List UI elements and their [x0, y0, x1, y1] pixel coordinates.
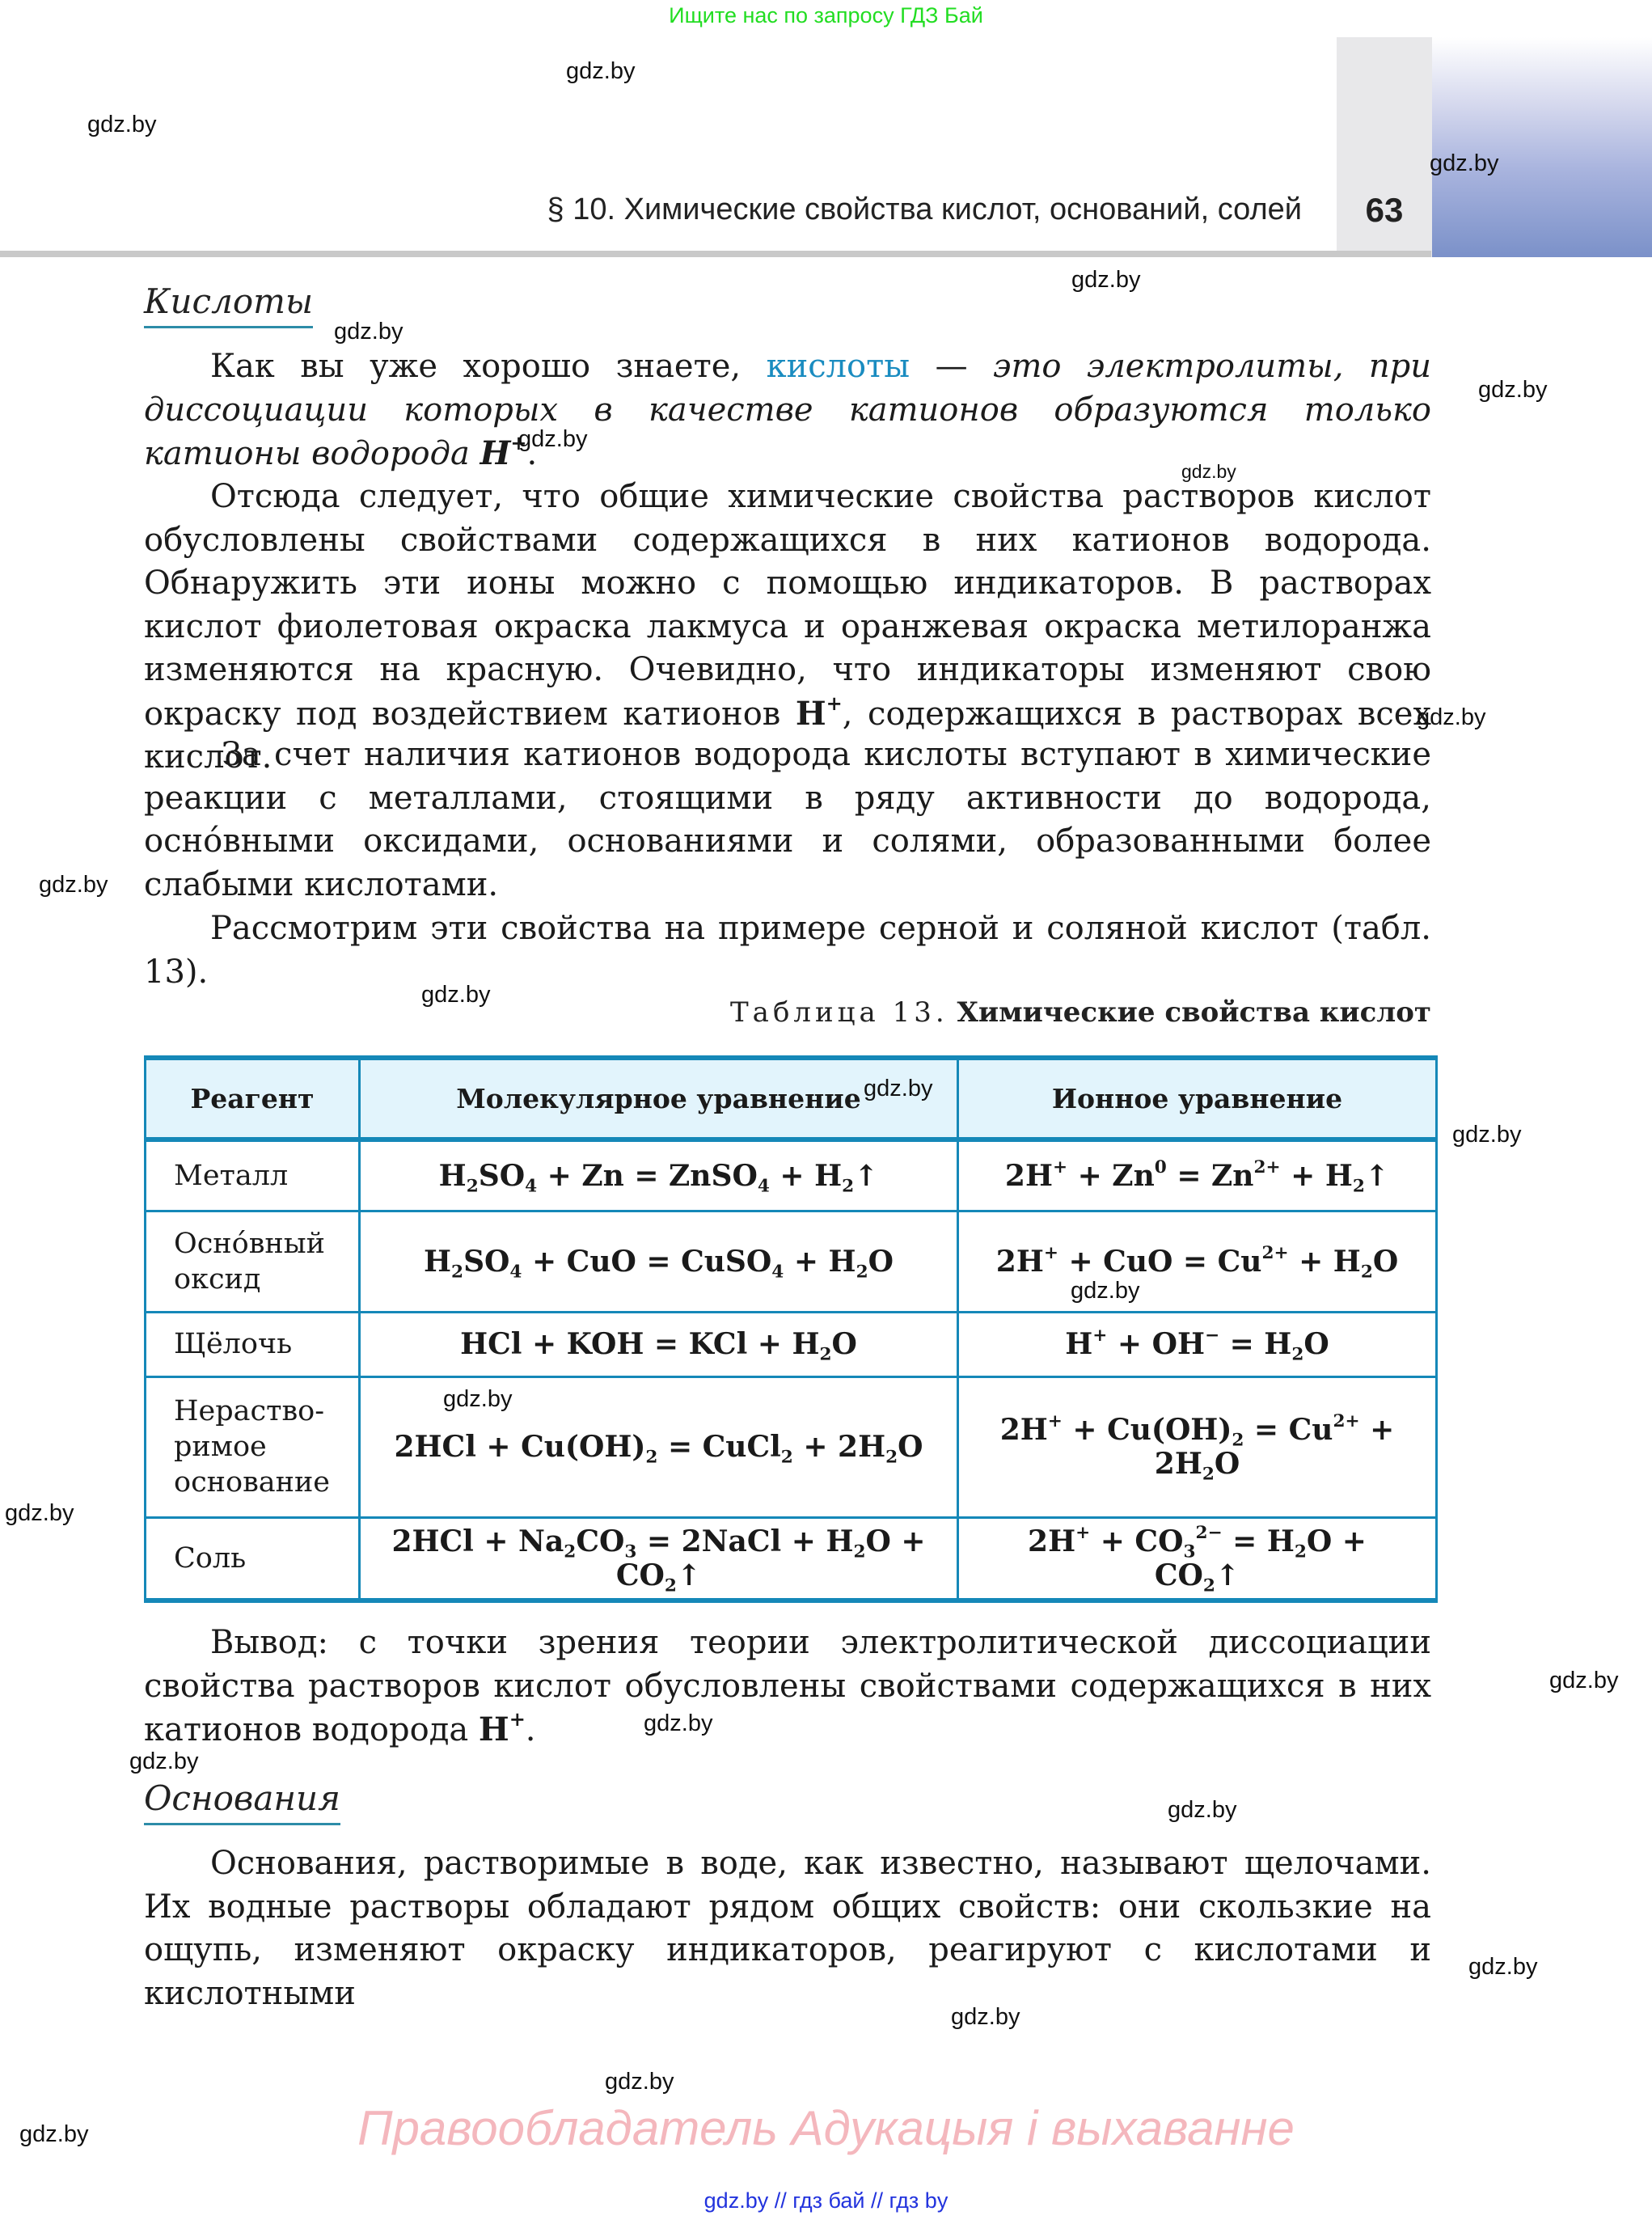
acid-properties-table: Реагент Молекулярное уравнение Ионное ур…	[144, 1055, 1438, 1603]
section-heading-acids: Кислоты	[144, 281, 313, 328]
reagent-cell: Нераство-римое основание	[146, 1376, 360, 1517]
table-row: Осно́вный оксидH2SO4 + CuO = CuSO4 + H2O…	[146, 1211, 1437, 1312]
watermark: gdz.by	[129, 1748, 198, 1775]
dash: —	[936, 348, 968, 385]
table-row: Нераство-римое основание2HCl + Cu(OH)2 =…	[146, 1376, 1437, 1517]
watermark: gdz.by	[39, 872, 108, 898]
column-header-ionic: Ионное уравнение	[958, 1058, 1437, 1139]
watermark: gdz.by	[1168, 1797, 1236, 1824]
footer-links: gdz.by // гдз бай // гдз by	[0, 2188, 1652, 2213]
ionic-equation-cell: 2H+ + Cu(OH)2 = Cu2+ + 2H2O	[958, 1376, 1437, 1517]
table-caption: Таблица 13. Химические свойства кислот	[144, 996, 1431, 1029]
page-number: 63	[1337, 191, 1432, 230]
watermark: gdz.by	[566, 58, 635, 85]
column-header-reagent: Реагент	[146, 1058, 360, 1139]
watermark: gdz.by	[1468, 1954, 1537, 1981]
copyright-notice: Правообладатель Адукацыя і выхаванне	[0, 2100, 1652, 2156]
watermark: gdz.by	[1478, 377, 1547, 404]
reagent-cell: Соль	[146, 1517, 360, 1600]
table-caption-label: Таблица 13.	[730, 996, 949, 1029]
watermark: gdz.by	[1430, 150, 1498, 177]
watermark: gdz.by	[5, 1500, 74, 1527]
footer-separator: //	[871, 2188, 883, 2213]
watermark: gdz.by	[1417, 704, 1485, 731]
running-title: § 10. Химические свойства кислот, основа…	[477, 192, 1302, 227]
footer-separator: //	[775, 2188, 787, 2213]
table-caption-title: Химические свойства кислот	[957, 996, 1431, 1029]
ionic-equation-cell: H+ + OH− = H2O	[958, 1312, 1437, 1376]
paragraph-bases-intro: Основания, растворимые в воде, как извес…	[144, 1842, 1431, 2015]
molecular-equation-cell: H2SO4 + Zn = ZnSO4 + H2↑	[360, 1139, 958, 1211]
molecular-equation-cell: 2HCl + Na2CO3 = 2NaCl + H2O + CO2↑	[360, 1517, 958, 1600]
watermark: gdz.by	[518, 426, 587, 453]
hydrogen-ion: H+	[479, 1710, 526, 1748]
watermark: gdz.by	[443, 1386, 512, 1413]
reagent-cell: Щёлочь	[146, 1312, 360, 1376]
table-row: ЩёлочьHCl + KOH = KCl + H2OH+ + OH− = H2…	[146, 1312, 1437, 1376]
table-row: МеталлH2SO4 + Zn = ZnSO4 + H2↑2H+ + Zn0 …	[146, 1139, 1437, 1211]
watermark: gdz.by	[644, 1710, 712, 1737]
footer-link-gdz-by-cyr[interactable]: гдз by	[889, 2188, 949, 2213]
paragraph-consider-examples: Рассмотрим эти свойства на примере серно…	[144, 907, 1431, 994]
molecular-equation-cell: HCl + KOH = KCl + H2O	[360, 1312, 958, 1376]
footer-link-gdz-bai[interactable]: гдз бай	[792, 2188, 864, 2213]
hydrogen-ion: H+	[796, 695, 843, 733]
paragraph-reactions: За счет наличия катионов водорода кислот…	[144, 734, 1431, 907]
watermark: gdz.by	[951, 2004, 1020, 2031]
watermark: gdz.by	[1452, 1122, 1521, 1148]
watermark: gdz.by	[1071, 267, 1140, 294]
top-search-banner: Ищите нас по запросу ГДЗ Бай	[0, 3, 1652, 28]
footer-link-gdz-by[interactable]: gdz.by	[704, 2188, 769, 2213]
header-gradient-decoration	[1432, 37, 1652, 257]
watermark: gdz.by	[87, 112, 156, 138]
watermark: gdz.by	[605, 2069, 674, 2095]
term-acids[interactable]: кислоты	[767, 348, 911, 385]
reagent-cell: Металл	[146, 1139, 360, 1211]
paragraph-conclusion: Вывод: с точки зрения теории электролити…	[144, 1621, 1431, 1753]
watermark: gdz.by	[1549, 1668, 1618, 1694]
reagent-cell: Осно́вный оксид	[146, 1211, 360, 1312]
table-header-row: Реагент Молекулярное уравнение Ионное ур…	[146, 1058, 1437, 1139]
watermark: gdz.by	[421, 982, 490, 1008]
ionic-equation-cell: 2H+ + Zn0 = Zn2+ + H2↑	[958, 1139, 1437, 1211]
watermark: gdz.by	[1071, 1278, 1139, 1304]
ionic-equation-cell: 2H+ + CO32− = H2O + CO2↑	[958, 1517, 1437, 1600]
header-rule	[0, 251, 1431, 257]
section-heading-bases: Основания	[144, 1778, 340, 1825]
watermark: gdz.by	[864, 1076, 932, 1102]
watermark: gdz.by	[334, 319, 403, 345]
watermark: gdz.by	[1181, 461, 1236, 483]
acid-definition-lead: Как вы уже хорошо знаете,	[210, 348, 741, 385]
molecular-equation-cell: H2SO4 + CuO = CuSO4 + H2O	[360, 1211, 958, 1312]
paragraph-acid-definition: Как вы уже хорошо знаете, кислоты — это …	[144, 345, 1431, 476]
table-row: Соль2HCl + Na2CO3 = 2NaCl + H2O + CO2↑2H…	[146, 1517, 1437, 1600]
ionic-equation-cell: 2H+ + CuO = Cu2+ + H2O	[958, 1211, 1437, 1312]
